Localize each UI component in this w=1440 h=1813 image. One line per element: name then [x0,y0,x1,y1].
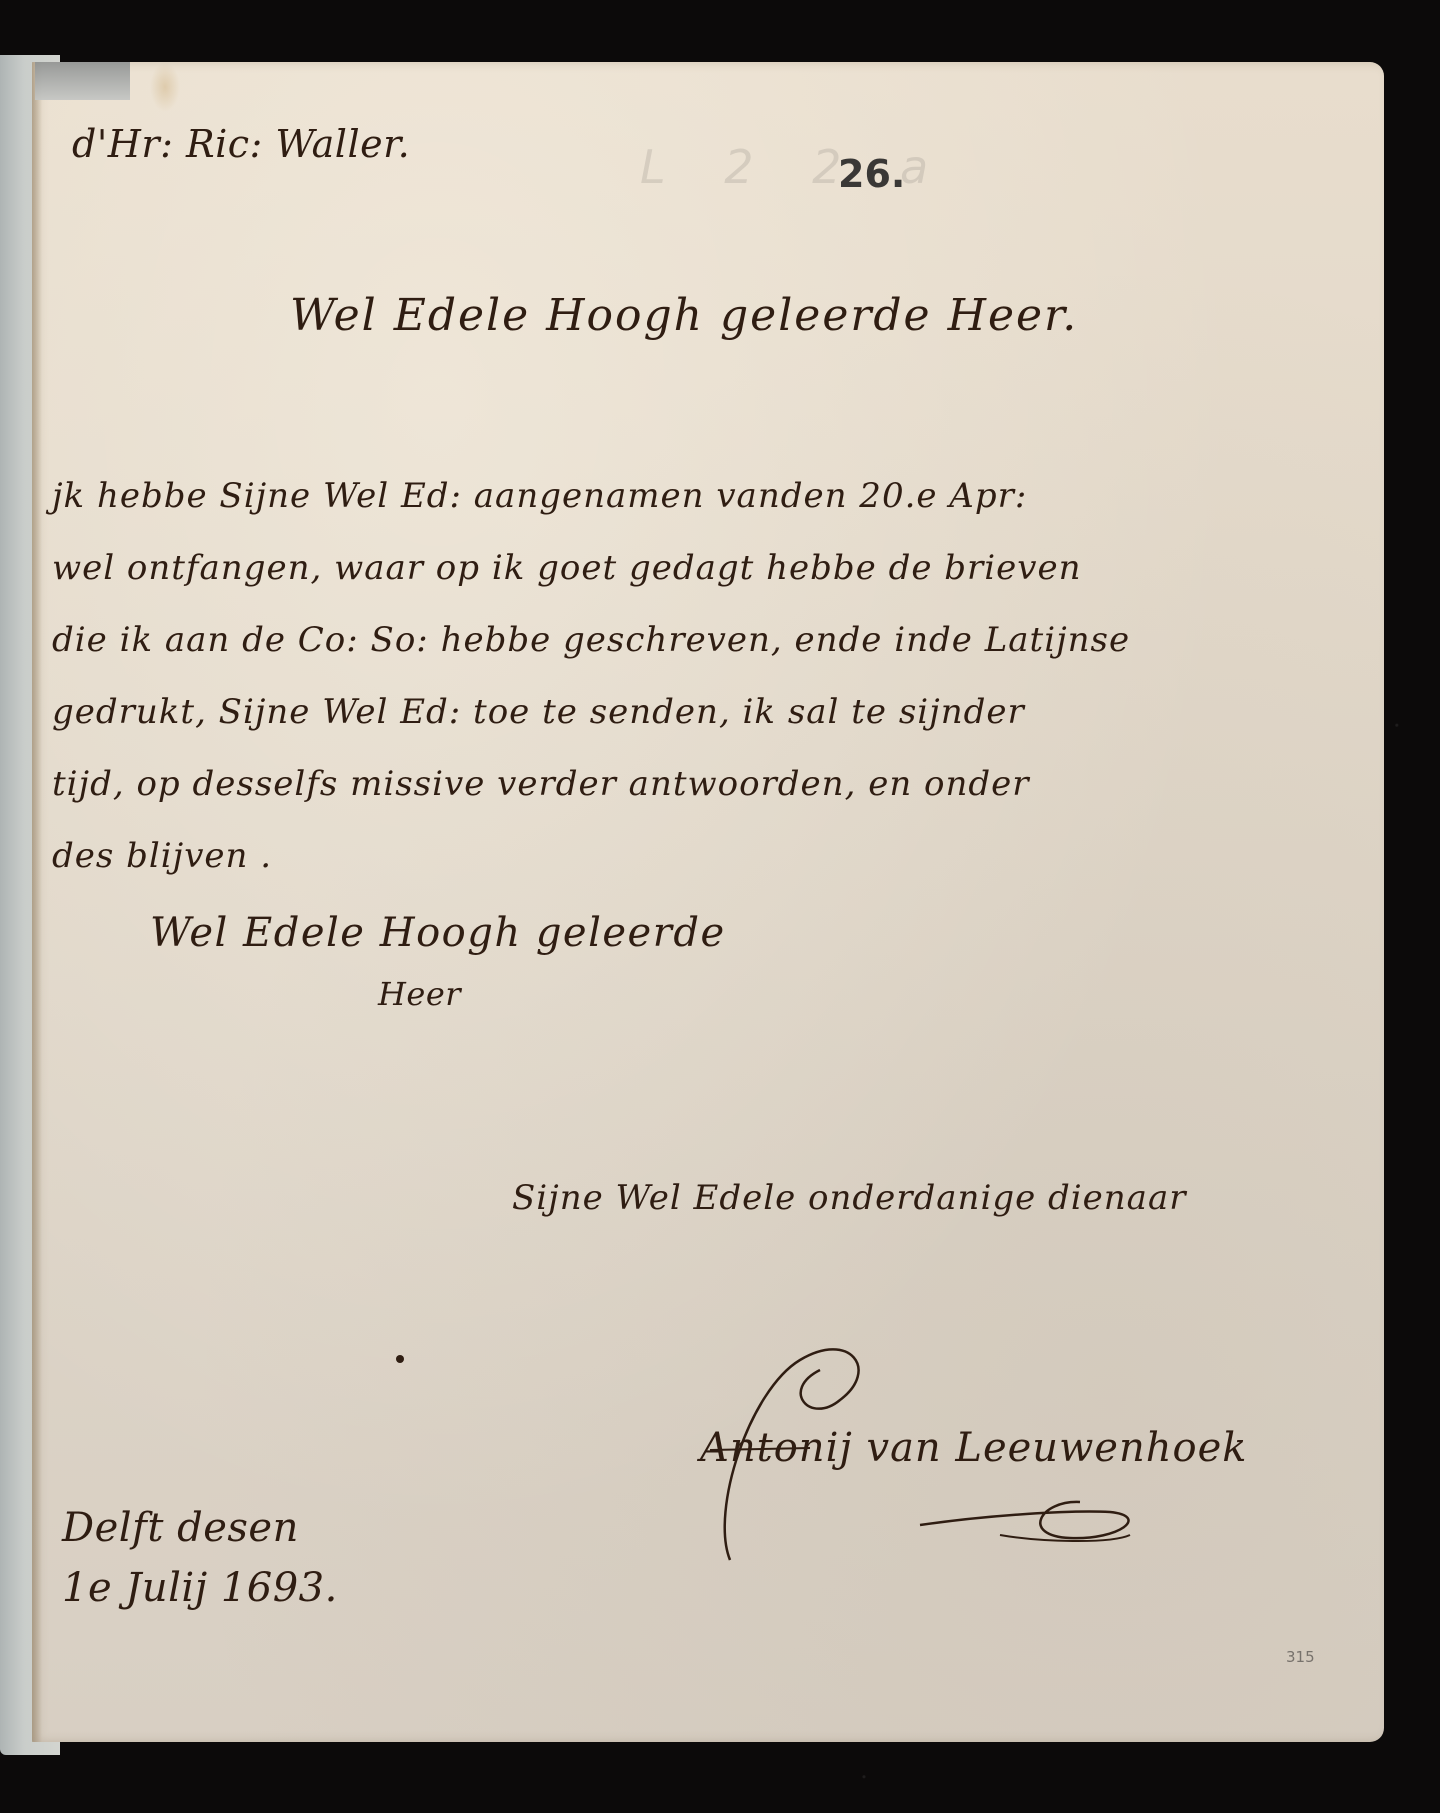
subscription: Sijne Wel Edele onderdanige dienaar [512,1178,1186,1218]
ink-dot [396,1355,404,1363]
closing-formula: Wel Edele Hoogh geleerde [150,910,726,956]
body-line: wel ontfangen, waar op ik goet gedagt he… [52,532,1382,604]
repair-tape [35,62,130,100]
folio-number-top: 26. [838,152,905,196]
folio-number-bottom: 315 [1286,1648,1315,1666]
signature: Antonij van Leeuwenhoek [700,1425,1248,1471]
date-line: 1e Julij 1693. [62,1565,338,1611]
body-line: tijd, op desselfs missive verder antwoor… [52,748,1382,820]
addressee: d'Hr: Ric: Waller. [72,122,410,166]
body-line: die ik aan de Co: So: hebbe geschreven, … [52,604,1382,676]
sheet-edge-shadow [32,62,42,1742]
body-line: gedrukt, Sijne Wel Ed: toe te senden, ik… [52,676,1382,748]
salutation: Wel Edele Hoogh geleerde Heer. [290,290,1078,341]
closing-formula-heer: Heer [378,975,461,1013]
paper-stain [150,62,180,112]
body-line: jk hebbe Sijne Wel Ed: aangenamen vanden… [52,460,1382,532]
body-line: des blijven . [52,820,1382,892]
place-line: Delft desen [62,1505,299,1551]
letter-body: jk hebbe Sijne Wel Ed: aangenamen vanden… [52,460,1382,892]
